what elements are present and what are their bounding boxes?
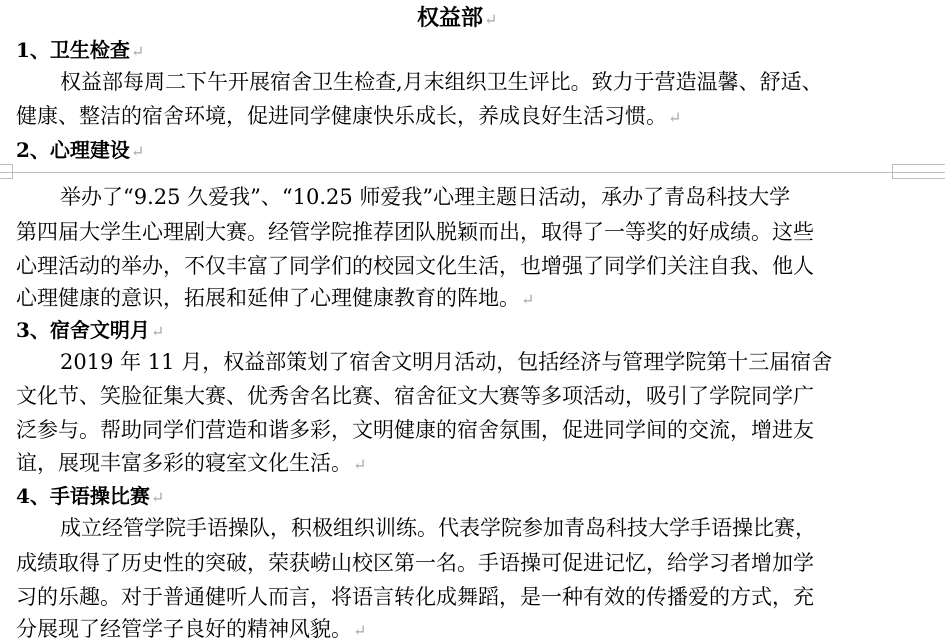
paragraph-line: 2019 年 11 月，权益部策划了宿舍文明月活动，包括经济与管理学院第十三届宿… bbox=[60, 350, 832, 374]
section-heading-dorm-civility: 3、宿舍文明月↵ bbox=[16, 318, 164, 344]
heading-text: 4、手语操比赛 bbox=[16, 484, 150, 508]
page-corner-mark-left bbox=[0, 164, 13, 179]
line-text: 分展现了经管学子良好的精神风貌。 bbox=[16, 617, 352, 641]
document-title: 权益部↵ bbox=[417, 5, 497, 33]
paragraph-line: 心理活动的举办，不仅丰富了同学们的校园文化生活，也增强了同学们关注自我、他人 bbox=[16, 254, 814, 278]
paragraph-line: 举办了“9.25 久爱我”、“10.25 师爱我”心理主题日活动，承办了青岛科技… bbox=[60, 185, 790, 209]
section-heading-sign-language: 4、手语操比赛↵ bbox=[16, 484, 164, 510]
paragraph-mark-icon: ↵ bbox=[353, 621, 366, 640]
paragraph-mark-icon: ↵ bbox=[131, 142, 144, 161]
paragraph-line: 泛参与。帮助同学们营造和谐多彩，文明健康的宿舍氛围，促进同学间的交流，增进友 bbox=[16, 418, 814, 442]
paragraph-mark-icon: ↵ bbox=[151, 322, 164, 341]
line-text: 谊，展现丰富多彩的寝室文化生活。 bbox=[16, 451, 352, 475]
paragraph-line: 分展现了经管学子良好的精神风貌。↵ bbox=[16, 617, 366, 643]
line-text: 心理健康的意识，拓展和延伸了心理健康教育的阵地。 bbox=[16, 286, 520, 310]
section-heading-psychology: 2、心理建设↵ bbox=[16, 138, 144, 164]
paragraph-mark-icon: ↵ bbox=[151, 488, 164, 507]
paragraph-line: 心理健康的意识，拓展和延伸了心理健康教育的阵地。↵ bbox=[16, 286, 534, 312]
heading-text: 2、心理建设 bbox=[16, 138, 130, 162]
paragraph-line: 习的乐趣。对于普通健听人而言，将语言转化成舞蹈，是一种有效的传播爱的方式，充 bbox=[16, 585, 814, 609]
paragraph-mark-icon: ↵ bbox=[131, 42, 144, 61]
paragraph-line: 权益部每周二下午开展宿舍卫生检查,月末组织卫生评比。致力于营造温馨、舒适、 bbox=[60, 70, 823, 94]
paragraph-mark-icon: ↵ bbox=[484, 10, 497, 29]
paragraph-line: 谊，展现丰富多彩的寝室文化生活。↵ bbox=[16, 451, 366, 477]
paragraph-mark-icon: ↵ bbox=[668, 108, 681, 127]
paragraph-line: 成绩取得了历史性的突破，荣获崂山校区第一名。手语操可促进记忆，给学习者增加学 bbox=[16, 551, 814, 575]
paragraph-mark-icon: ↵ bbox=[353, 455, 366, 474]
heading-text: 1、卫生检查 bbox=[16, 38, 130, 62]
page-corner-mark-right bbox=[892, 164, 945, 179]
paragraph-line: 成立经管学院手语操队，积极组织训练。代表学院参加青岛科技大学手语操比赛， bbox=[60, 516, 816, 540]
section-heading-hygiene: 1、卫生检查↵ bbox=[16, 38, 144, 64]
document-page[interactable]: 权益部↵ 1、卫生检查↵ 权益部每周二下午开展宿舍卫生检查,月末组织卫生评比。致… bbox=[0, 0, 945, 644]
heading-text: 3、宿舍文明月 bbox=[16, 318, 150, 342]
paragraph-line: 健康、整洁的宿舍环境，促进同学健康快乐成长，养成良好生活习惯。↵ bbox=[16, 104, 681, 130]
page-break-divider bbox=[0, 172, 945, 173]
paragraph-line: 文化节、笑脸征集大赛、优秀舍名比赛、宿舍征文大赛等多项活动，吸引了学院同学广 bbox=[16, 384, 814, 408]
line-text: 健康、整洁的宿舍环境，促进同学健康快乐成长，养成良好生活习惯。 bbox=[16, 104, 667, 128]
title-text: 权益部 bbox=[417, 5, 483, 31]
paragraph-mark-icon: ↵ bbox=[521, 290, 534, 309]
paragraph-line: 第四届大学生心理剧大赛。经管学院推荐团队脱颖而出，取得了一等奖的好成绩。这些 bbox=[16, 220, 814, 244]
